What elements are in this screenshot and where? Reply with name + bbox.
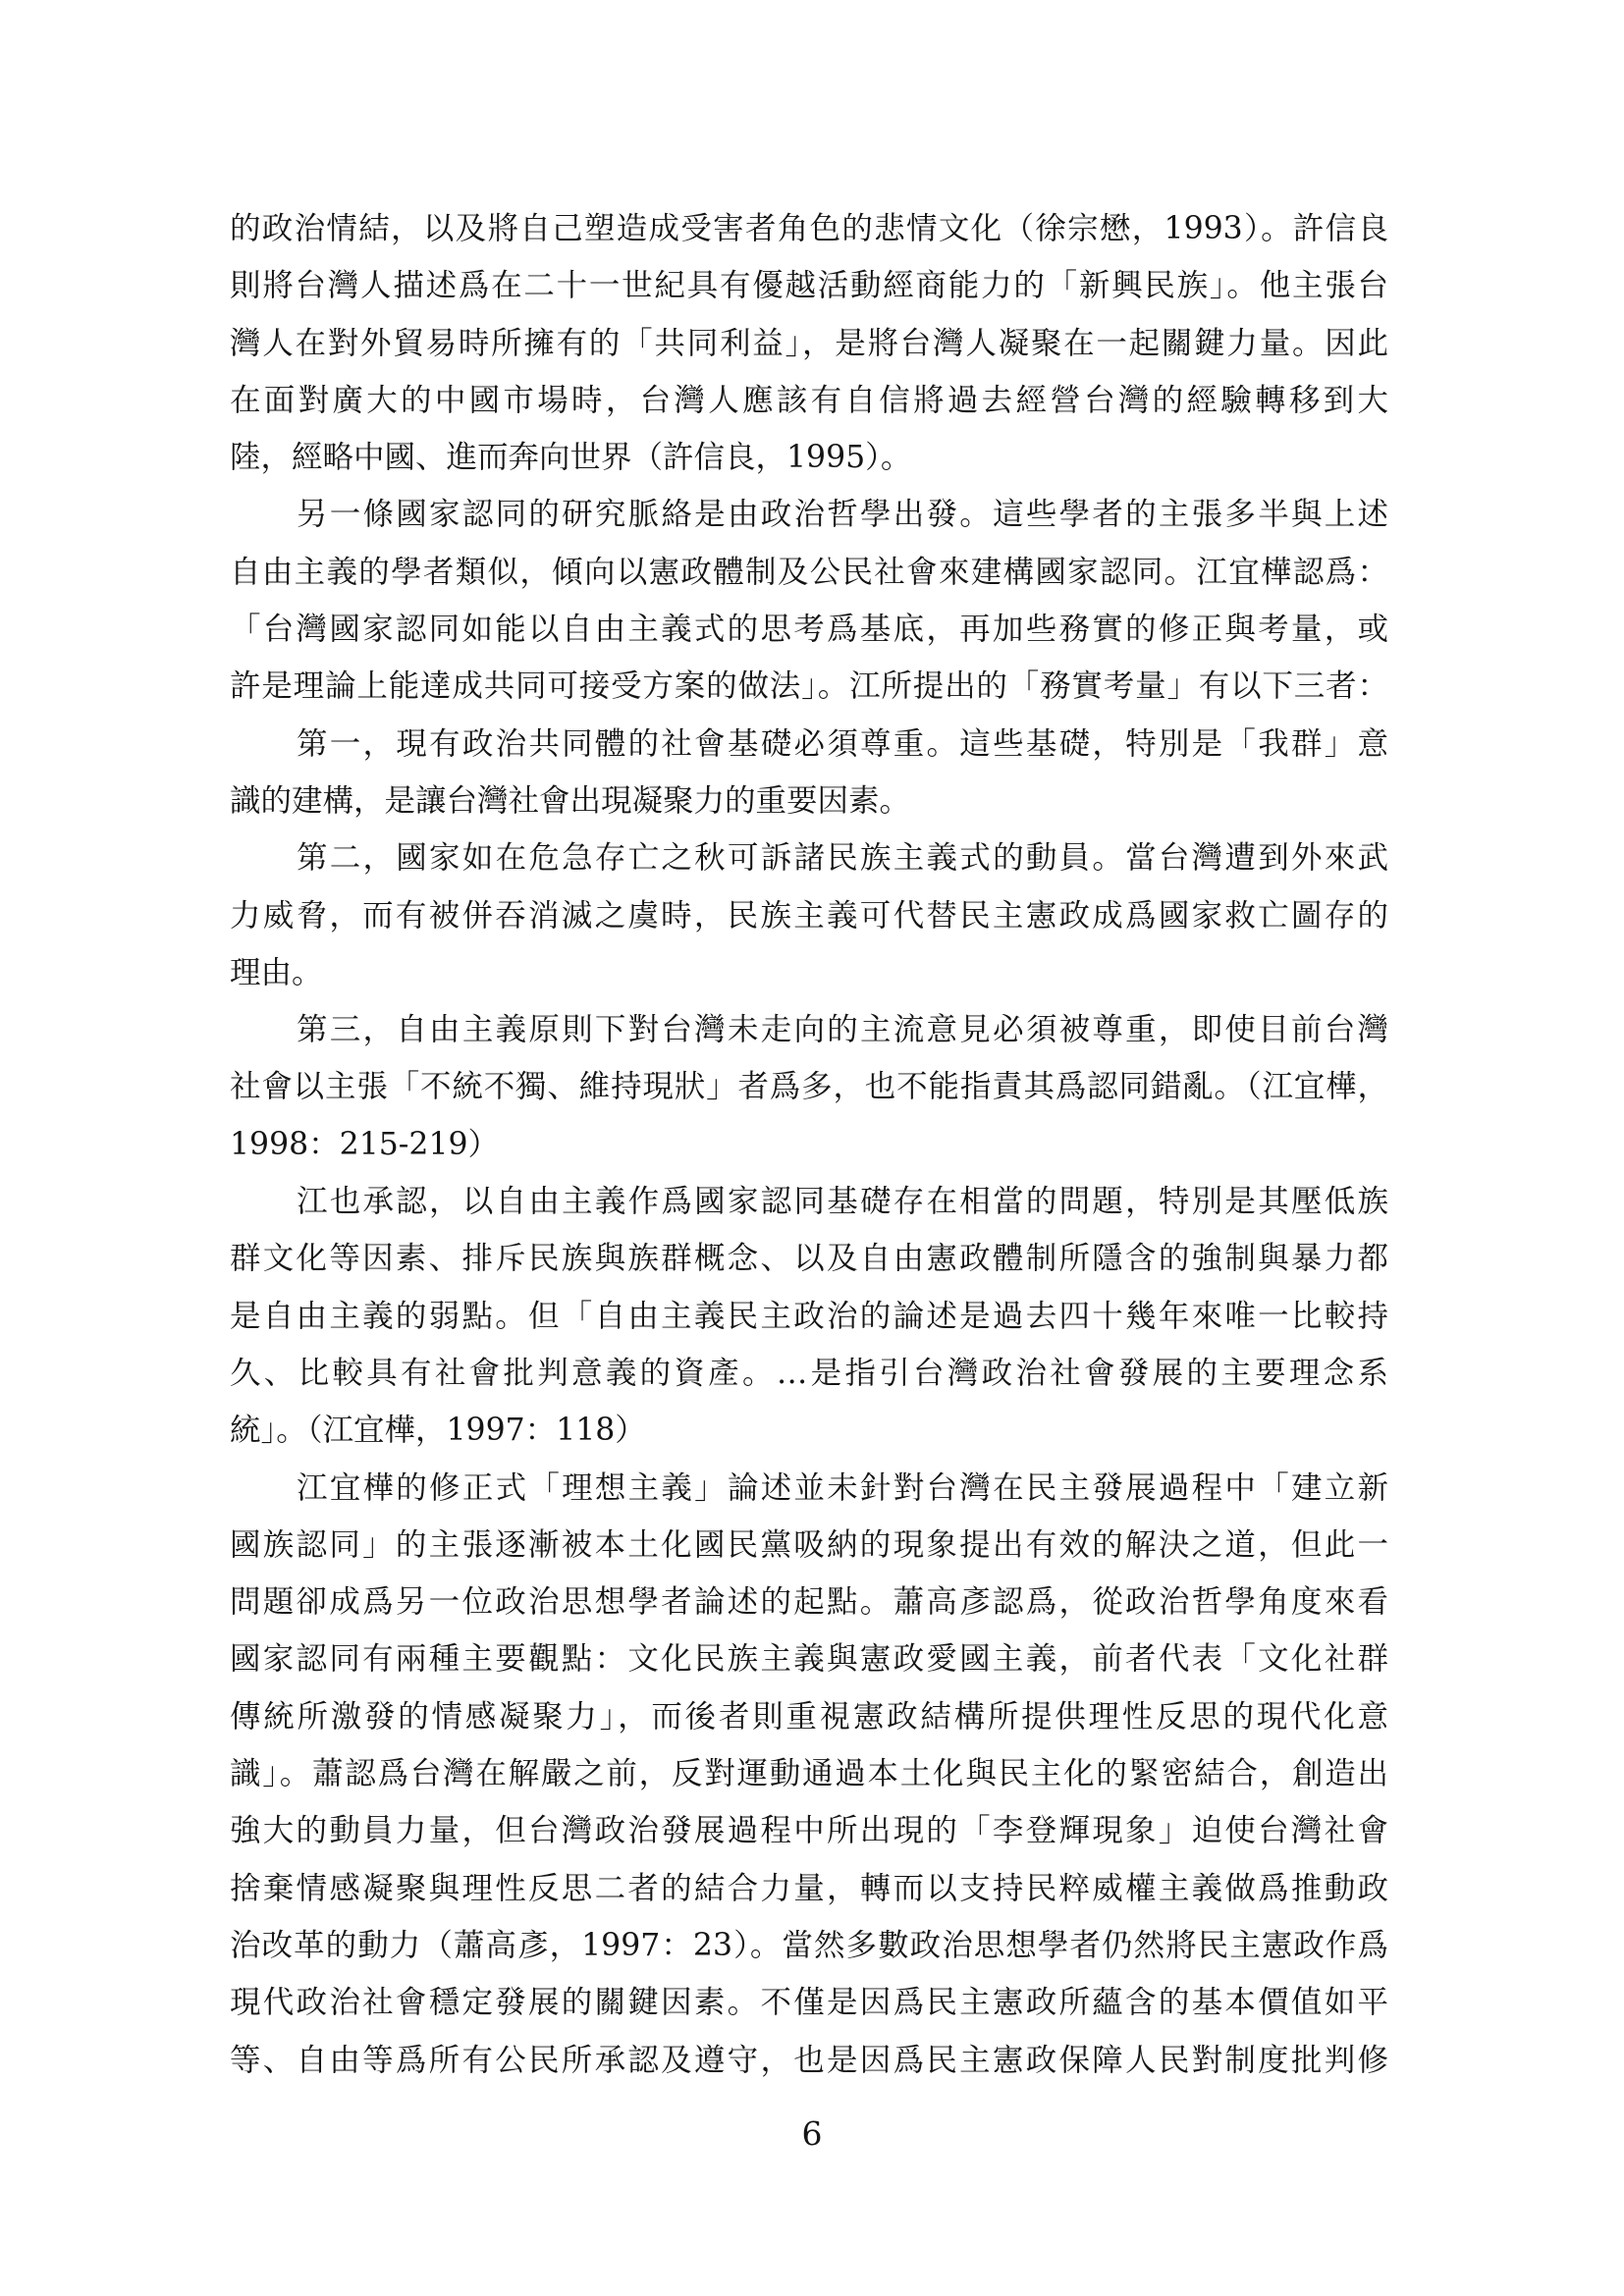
text-line: 自由主義的學者類似，傾向以憲政體制及公民社會來建構國家認同。江宜樺認爲： xyxy=(230,544,1388,601)
text-line: 力威脅，而有被併吞消滅之虞時，民族主義可代替民主憲政成爲國家救亡圖存的 xyxy=(230,887,1388,944)
text-line paragraph-start: 第二，國家如在危急存亡之秋可訴諸民族主義式的動員。當台灣遭到外來武 xyxy=(230,829,1388,886)
text-line: 現代政治社會穩定發展的關鍵因素。不僅是因爲民主憲政所蘊含的基本價值如平 xyxy=(230,1974,1388,2031)
page-number: 6 xyxy=(0,2114,1624,2154)
text-line: 許是理論上能達成共同可接受方案的做法」。江所提出的「務實考量」有以下三者： xyxy=(230,658,1388,715)
text-line paragraph-start: 江宜樺的修正式「理想主義」論述並未針對台灣在民主發展過程中「建立新 xyxy=(230,1460,1388,1517)
text-line: 國族認同」的主張逐漸被本土化國民黨吸納的現象提出有效的解決之道，但此一 xyxy=(230,1517,1388,1574)
text-line paragraph-start: 第一，現有政治共同體的社會基礎必須尊重。這些基礎，特別是「我群」意 xyxy=(230,716,1388,773)
text-line citation-line: 統」。（江宜樺，1997：118） xyxy=(230,1402,1388,1459)
text-line citation-line: 1998：215-219） xyxy=(230,1116,1388,1173)
text-line paragraph-start: 另一條國家認同的研究脈絡是由政治哲學出發。這些學者的主張多半與上述 xyxy=(230,486,1388,543)
text-line: 捨棄情感凝聚與理性反思二者的結合力量，轉而以支持民粹威權主義做爲推動政 xyxy=(230,1860,1388,1917)
text-line: 社會以主張「不統不獨、維持現狀」者爲多，也不能指責其爲認同錯亂。（江宜樺， xyxy=(230,1058,1388,1115)
text-line: 識」。蕭認爲台灣在解嚴之前，反對運動通過本土化與民主化的緊密結合，創造出 xyxy=(230,1745,1388,1802)
text-line: 的政治情結，以及將自己塑造成受害者角色的悲情文化（徐宗懋，1993）。許信良 xyxy=(230,200,1388,257)
text-line: 問題卻成爲另一位政治思想學者論述的起點。蕭高彥認爲，從政治哲學角度來看 xyxy=(230,1574,1388,1630)
text-line: 識的建構，是讓台灣社會出現凝聚力的重要因素。 xyxy=(230,773,1388,829)
text-line: 傳統所激發的情感凝聚力」，而後者則重視憲政結構所提供理性反思的現代化意 xyxy=(230,1688,1388,1745)
text-line: 久、比較具有社會批判意義的資產。…是指引台灣政治社會發展的主要理念系 xyxy=(230,1345,1388,1402)
text-line: 灣人在對外貿易時所擁有的「共同利益」，是將台灣人凝聚在一起關鍵力量。因此 xyxy=(230,315,1388,372)
text-line paragraph-start: 江也承認，以自由主義作爲國家認同基礎存在相當的問題，特別是其壓低族 xyxy=(230,1173,1388,1230)
document-page: 的政治情結，以及將自己塑造成受害者角色的悲情文化（徐宗懋，1993）。許信良 則… xyxy=(0,0,1624,2296)
text-line: 「台灣國家認同如能以自由主義式的思考爲基底，再加些務實的修正與考量，或 xyxy=(230,601,1388,658)
text-line: 國家認同有兩種主要觀點：文化民族主義與憲政愛國主義，前者代表「文化社群 xyxy=(230,1630,1388,1687)
text-line: 是自由主義的弱點。但「自由主義民主政治的論述是過去四十幾年來唯一比較持 xyxy=(230,1288,1388,1345)
text-line: 治改革的動力（蕭高彥，1997：23）。當然多數政治思想學者仍然將民主憲政作爲 xyxy=(230,1917,1388,1974)
text-line: 理由。 xyxy=(230,944,1388,1001)
text-line: 等、自由等爲所有公民所承認及遵守，也是因爲民主憲政保障人民對制度批判修 xyxy=(230,2032,1388,2089)
text-line: 群文化等因素、排斥民族與族群概念、以及自由憲政體制所隱含的強制與暴力都 xyxy=(230,1230,1388,1287)
text-line: 在面對廣大的中國市場時，台灣人應該有自信將過去經營台灣的經驗轉移到大 xyxy=(230,372,1388,429)
text-line: 強大的動員力量，但台灣政治發展過程中所出現的「李登輝現象」迫使台灣社會 xyxy=(230,1802,1388,1859)
text-line: 則將台灣人描述爲在二十一世紀具有優越活動經商能力的「新興民族」。他主張台 xyxy=(230,257,1388,314)
text-line paragraph-start: 第三，自由主義原則下對台灣未走向的主流意見必須被尊重，即使目前台灣 xyxy=(230,1001,1388,1058)
text-line: 陸，經略中國、進而奔向世界（許信良，1995）。 xyxy=(230,429,1388,486)
body-text-block: 的政治情結，以及將自己塑造成受害者角色的悲情文化（徐宗懋，1993）。許信良 則… xyxy=(230,200,1388,2089)
